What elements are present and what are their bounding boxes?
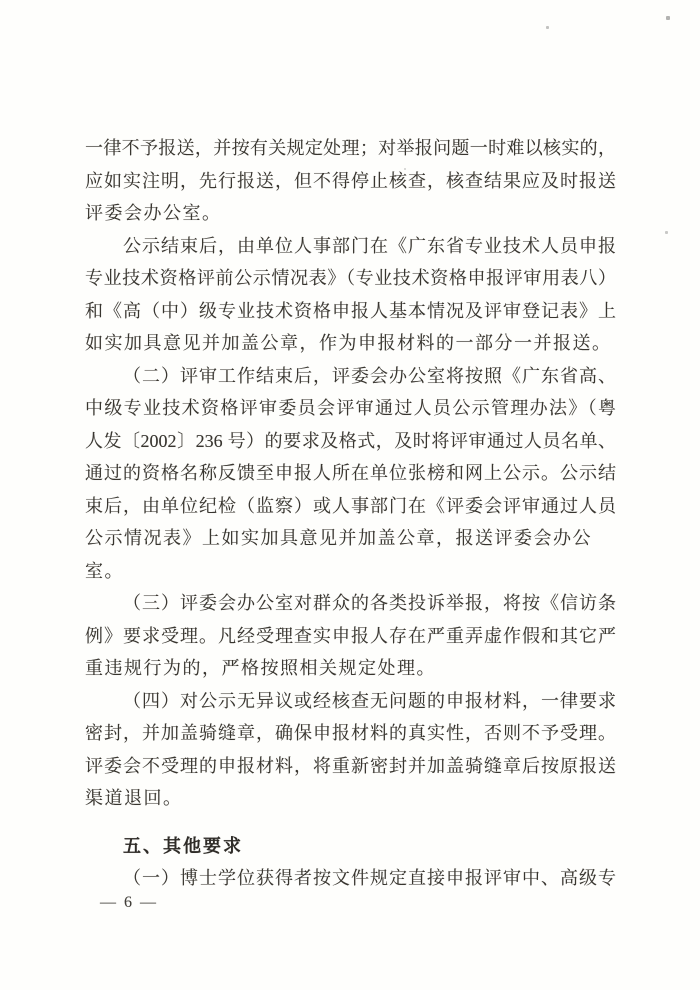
section-heading: 五、其他要求: [85, 830, 616, 863]
text-line: 公示结束后，由单位人事部门在《广东省专业技术人员申报: [85, 230, 616, 263]
text-line: 中级专业技术资格评审委员会评审通过人员公示管理办法》（粤: [85, 392, 616, 425]
text-line: （四）对公示无异议或经核查无问题的申报材料，一律要求: [85, 685, 616, 718]
document-page: 一律不予报送，并按有关规定处理；对举报问题一时难以核实的，应如实注明，先行报送，…: [0, 0, 700, 990]
text-line: 通过的资格名称反馈至申报人所在单位张榜和网上公示。公示结: [85, 457, 616, 490]
text-line: 密封，并加盖骑缝章，确保申报材料的真实性，否则不予受理。: [85, 717, 616, 750]
text-line: 评委会不受理的申报材料，将重新密封并加盖骑缝章后按原报送: [85, 750, 616, 783]
text-line: 一律不予报送，并按有关规定处理；对举报问题一时难以核实的，: [85, 132, 616, 165]
text-line: 公示情况表》上如实加具意见并加盖公章，报送评委会办公室。: [85, 522, 616, 587]
text-line: 专业技术资格评前公示情况表》（专业技术资格申报评审用表八）: [85, 262, 616, 295]
text-line: 束后，由单位纪检（监察）或人事部门在《评委会评审通过人员: [85, 490, 616, 523]
document-text-block: 一律不予报送，并按有关规定处理；对举报问题一时难以核实的，应如实注明，先行报送，…: [85, 132, 616, 895]
scan-speck-icon: [546, 26, 549, 29]
text-line: （三）评委会办公室对群众的各类投诉举报，将按《信访条: [85, 587, 616, 620]
text-line: （二）评审工作结束后，评委会办公室将按照《广东省高、: [85, 360, 616, 393]
text-line: 如实加具意见并加盖公章，作为申报材料的一部分一并报送。: [85, 327, 616, 360]
scan-speck-icon: [665, 231, 668, 234]
text-line: 评委会办公室。: [85, 197, 616, 230]
text-line: 渠道退回。: [85, 782, 616, 815]
page-number: — 6 —: [100, 894, 158, 912]
text-line: 和《高（中）级专业技术资格申报人基本情况及评审登记表》上: [85, 295, 616, 328]
scan-speck-icon: [666, 16, 670, 20]
text-line: 重违规行为的，严格按照相关规定处理。: [85, 652, 616, 685]
text-line: 例》要求受理。凡经受理查实申报人存在严重弄虚作假和其它严: [85, 620, 616, 653]
text-line: 应如实注明，先行报送，但不得停止核查，核查结果应及时报送: [85, 165, 616, 198]
text-line: （一）博士学位获得者按文件规定直接申报评审中、高级专: [85, 862, 616, 895]
text-line: 人发〔2002〕236 号）的要求及格式，及时将评审通过人员名单、: [85, 425, 616, 458]
